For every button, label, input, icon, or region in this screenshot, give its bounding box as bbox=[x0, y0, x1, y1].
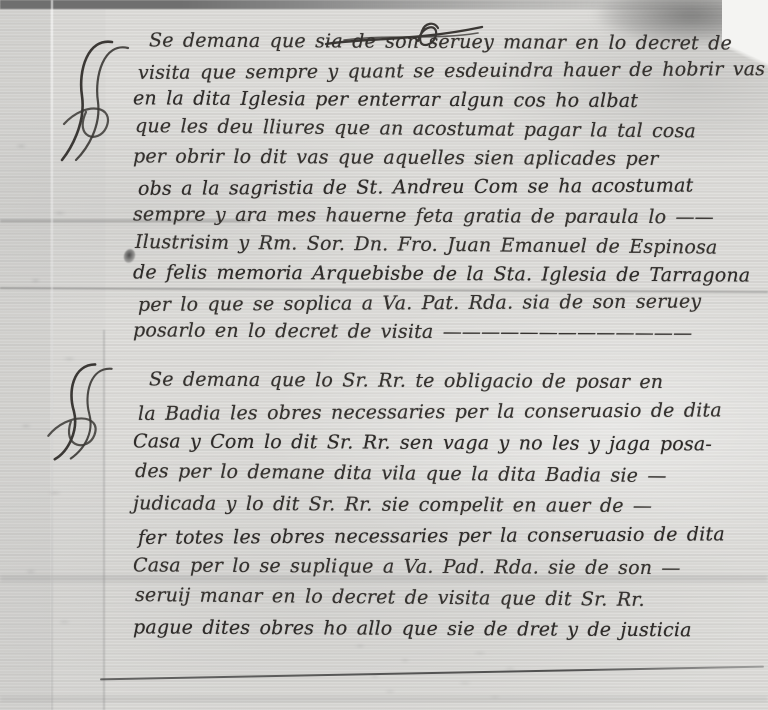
fold-crease-vertical-1 bbox=[51, 0, 53, 710]
manuscript-line: posarlo en lo decret de visita —————————… bbox=[133, 316, 765, 348]
manuscript-paragraph-2: Se demana que lo Sr. Rr. te obligacio de… bbox=[133, 366, 765, 645]
manuscript-line: Ilustrisim y Rm. Sor. Dn. Fro. Juan Eman… bbox=[133, 228, 765, 263]
manuscript-line: pague dites obres ho allo que sie de dre… bbox=[133, 612, 765, 646]
manuscript-line: des per lo demane dita vila que la dita … bbox=[133, 456, 765, 493]
manuscript-line: Casa y Com lo dit Sr. Rr. sen vaga y no … bbox=[133, 426, 765, 460]
manuscript-line: judicada y lo dit Sr. Rr. sie compelit e… bbox=[133, 488, 765, 522]
manuscript-line: la Badia les obres necessaries per la co… bbox=[133, 395, 765, 430]
fold-crease-horizontal-4 bbox=[0, 697, 768, 701]
closing-rule-line bbox=[100, 666, 764, 681]
manuscript-line: que les deu lliures que an acostumat pag… bbox=[133, 112, 765, 147]
manuscript-line: per obrir lo dit vas que aquelles sien a… bbox=[133, 142, 765, 174]
manuscript-line: Se demana que sia de son seruey manar en… bbox=[133, 26, 765, 58]
manuscript-line: de felis memoria Arquebisbe de la Sta. I… bbox=[133, 258, 765, 290]
manuscript-paragraph-1: Se demana que sia de son seruey manar en… bbox=[133, 28, 765, 347]
manuscript-line: en la dita Iglesia per enterrar algun co… bbox=[133, 84, 765, 116]
manuscript-page: Se demana que sia de son seruey manar en… bbox=[0, 0, 768, 710]
manuscript-line: visita que sempre y quant se esdeuindra … bbox=[133, 55, 765, 88]
manuscript-line: sempre y ara mes hauerne feta gratia de … bbox=[133, 200, 765, 232]
manuscript-line: seruij manar en lo decret de visita que … bbox=[133, 580, 765, 617]
manuscript-line: fer totes les obres necessaries per la c… bbox=[133, 519, 765, 554]
manuscript-line: obs a la sagristia de St. Andreu Com se … bbox=[133, 171, 765, 204]
manuscript-line: per lo que se soplica a Va. Pat. Rda. si… bbox=[133, 287, 765, 320]
manuscript-line: Casa per lo se suplique a Va. Pad. Rda. … bbox=[133, 550, 765, 584]
marginal-paraph-flourish-icon bbox=[37, 358, 129, 466]
marginal-paraph-flourish-icon bbox=[58, 36, 136, 166]
manuscript-line: Se demana que lo Sr. Rr. te obligacio de… bbox=[133, 364, 765, 398]
